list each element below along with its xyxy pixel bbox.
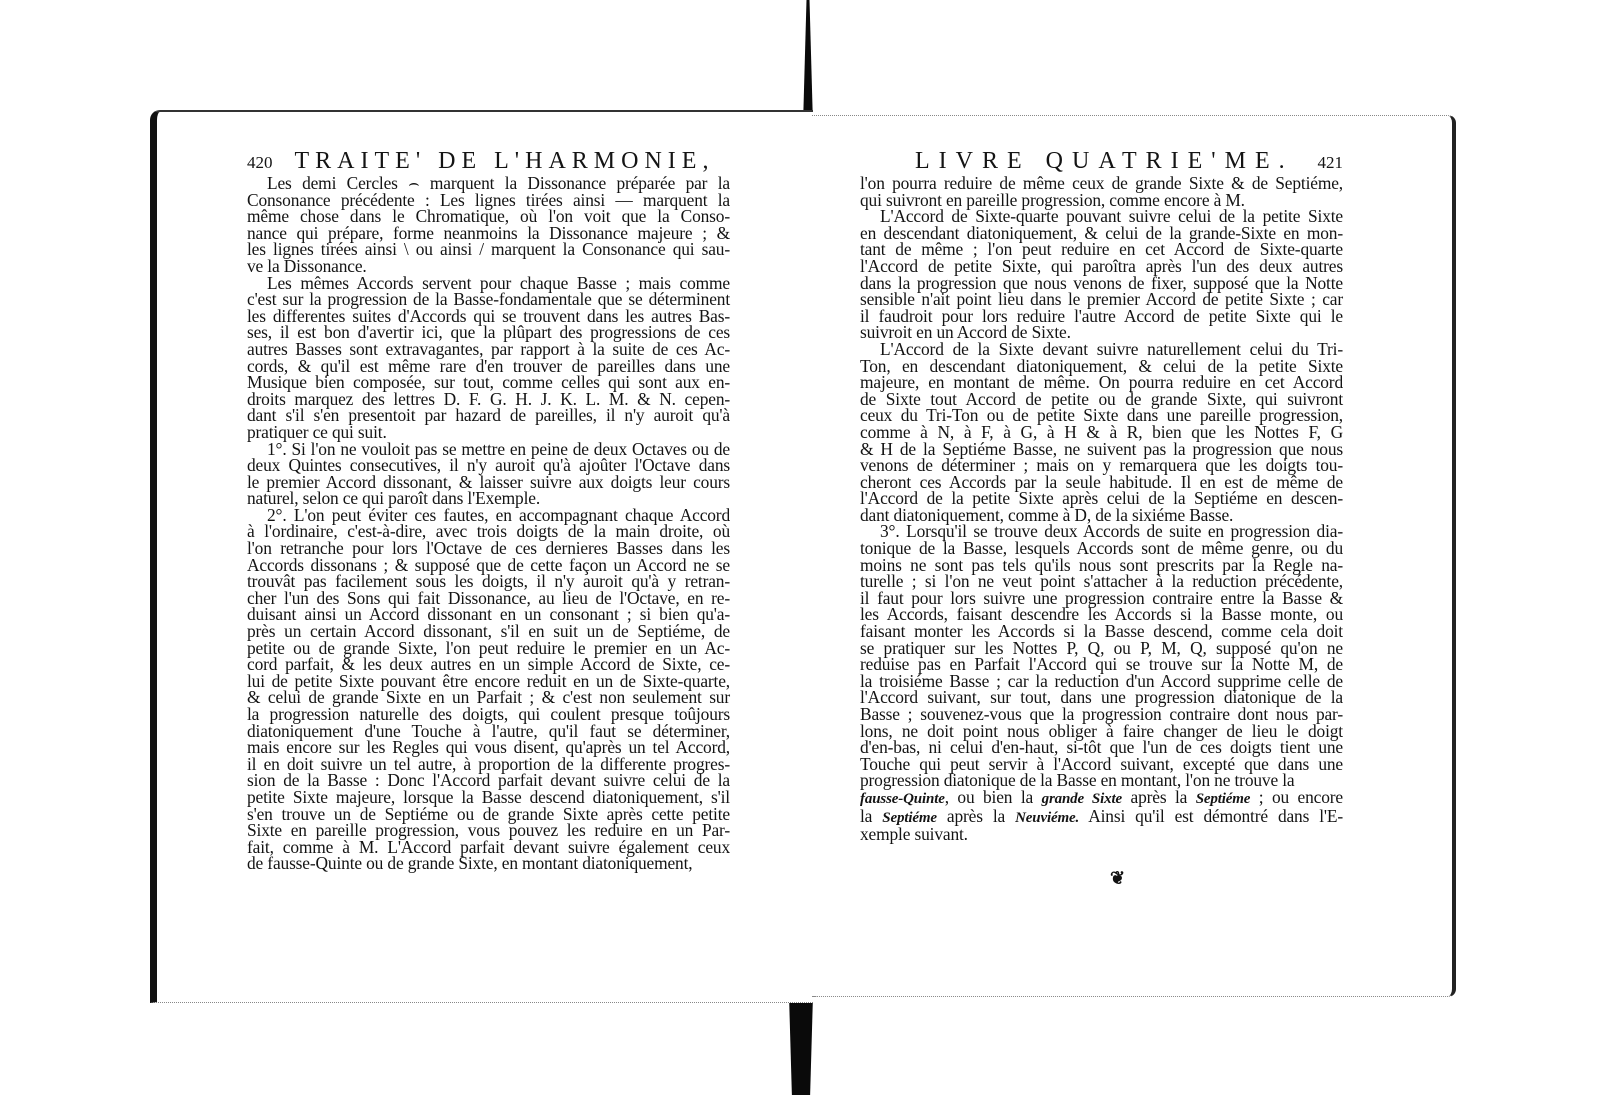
paragraph: fausse-Quinte, ou bien la grande Sixte a… [860,789,1343,843]
italic-term: Septiéme [1196,791,1251,807]
text-line: pratiquer ce qui suit. [247,424,730,441]
paragraph: L'Accord de Sixte-quarte pouvant suivre … [860,208,1343,341]
italic-term: fausse-Quinte [860,791,945,807]
page-number: 420 [247,155,273,172]
text-run: , ou bien la [945,787,1042,807]
book-spine-bottom [789,995,813,1095]
fleuron-ornament-icon: ❦ [1110,868,1125,889]
text-line: comme à N, à F, à G, à H & à R, bien que… [860,424,1343,441]
right-running-head: LIVRE QUATRIE'ME. 421 [860,153,1343,175]
left-page-body: Les demi Cercles ⌢ marquent la Dissonanc… [247,175,730,872]
paragraph: 3°. Lorsqu'il se trouve deux Accords de … [860,523,1343,789]
left-running-head: 420 TRAITE' DE L'HARMONIE, [247,153,730,175]
book-spine-top [803,0,813,125]
text-line: de fausse-Quinte ou de grande Sixte, en … [247,855,730,872]
right-page: LIVRE QUATRIE'ME. 421 l'on pourra reduir… [860,153,1343,843]
text-run: après la [1122,787,1196,807]
paragraph: L'Accord de la Sixte devant suivre natur… [860,341,1343,524]
running-head-title: TRAITE' DE L'HARMONIE, [295,153,715,170]
text-run: ; ou encore [1250,787,1343,807]
page-number: 421 [1318,155,1344,172]
text-run: après la [937,806,1015,826]
paragraph: l'on pourra reduire de même ceux de gran… [860,175,1343,208]
paragraph: 1°. Si l'on ne vouloit pas se mettre en … [247,441,730,507]
paragraph: 2°. L'on peut éviter ces fautes, en acco… [247,507,730,872]
italic-term: Neuviéme. [1015,810,1079,826]
italic-term: grande Sixte [1042,791,1122,807]
left-page: 420 TRAITE' DE L'HARMONIE, Les demi Cerc… [247,153,730,872]
paragraph: Les demi Cercles ⌢ marquent la Dissonanc… [247,175,730,275]
text-line: xemple suivant. [860,826,1343,843]
paragraph: Les mêmes Accords servent pour chaque Ba… [247,275,730,441]
right-page-body: l'on pourra reduire de même ceux de gran… [860,175,1343,789]
text-run: Ainsi qu'il est démontré dans l'E- [1079,806,1343,826]
text-run: la [860,806,882,826]
italic-term: Septiéme [882,810,937,826]
running-head-title: LIVRE QUATRIE'ME. [915,153,1294,170]
